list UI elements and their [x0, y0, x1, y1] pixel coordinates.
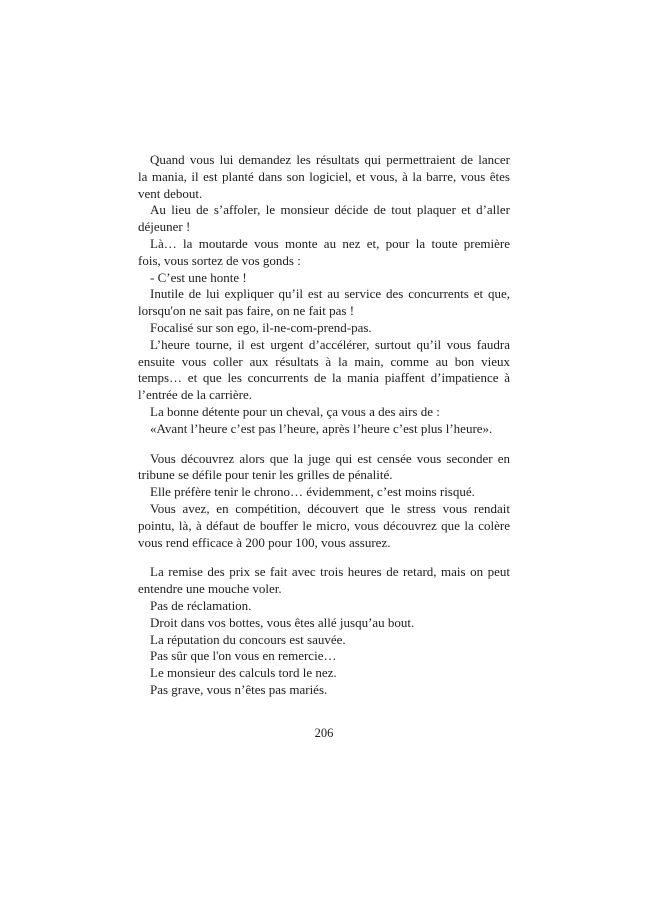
- text-line: ensuite vous coller aux résultats à la m…: [138, 354, 510, 371]
- text-line: Pas sûr que l'on vous en remercie…: [138, 648, 510, 665]
- paragraph: L’heure tourne, il est urgent d’accélére…: [138, 337, 510, 404]
- paragraph: La bonne détente pour un cheval, ça vous…: [138, 404, 510, 421]
- text-line: La réputation du concours est sauvée.: [138, 632, 510, 649]
- text-line: fois, vous sortez de vos gonds :: [138, 253, 510, 270]
- text-line: lorsqu'on ne sait pas faire, on ne fait …: [138, 303, 510, 320]
- text-line: l’entrée de la carrière.: [138, 387, 510, 404]
- text-line: L’heure tourne, il est urgent d’accélére…: [138, 337, 510, 354]
- paragraph: Là… la moutarde vous monte au nez et, po…: [138, 236, 510, 270]
- text-line: vous rend efficace à 200 pour 100, vous …: [138, 535, 510, 552]
- paragraph: Elle préfère tenir le chrono… évidemment…: [138, 484, 510, 501]
- paragraph: Pas sûr que l'on vous en remercie…: [138, 648, 510, 665]
- text-line: temps… et que les concurrents de la mani…: [138, 370, 510, 387]
- paragraph: Pas de réclamation.: [138, 598, 510, 615]
- text-line: déjeuner !: [138, 219, 510, 236]
- paragraph: Le monsieur des calculs tord le nez.: [138, 665, 510, 682]
- text-line: - C’est une honte !: [138, 270, 510, 287]
- paragraph: Droit dans vos bottes, vous êtes allé ju…: [138, 615, 510, 632]
- text-line: Vous découvrez alors que la juge qui est…: [138, 451, 510, 468]
- text-line: vent debout.: [138, 186, 510, 203]
- paragraph: Focalisé sur son ego, il-ne-com-prend-pa…: [138, 320, 510, 337]
- paragraph: Vous avez, en compétition, découvert que…: [138, 501, 510, 551]
- text-line: entendre une mouche voler.: [138, 581, 510, 598]
- text-line: Focalisé sur son ego, il-ne-com-prend-pa…: [138, 320, 510, 337]
- text-line: «Avant l’heure c’est pas l’heure, après …: [138, 421, 510, 438]
- paragraph: - C’est une honte !: [138, 270, 510, 287]
- text-line: La bonne détente pour un cheval, ça vous…: [138, 404, 510, 421]
- page-number: 206: [138, 726, 510, 741]
- text-line: Droit dans vos bottes, vous êtes allé ju…: [138, 615, 510, 632]
- text-line: Inutile de lui expliquer qu’il est au se…: [138, 286, 510, 303]
- book-page: Quand vous lui demandez les résultats qu…: [0, 0, 650, 920]
- text-line: Pas de réclamation.: [138, 598, 510, 615]
- paragraph: La réputation du concours est sauvée.: [138, 632, 510, 649]
- paragraph-break: [138, 438, 510, 451]
- text-line: Pas grave, vous n’êtes pas mariés.: [138, 682, 510, 699]
- text-line: Là… la moutarde vous monte au nez et, po…: [138, 236, 510, 253]
- paragraph-break: [138, 551, 510, 564]
- paragraph: Pas grave, vous n’êtes pas mariés.: [138, 682, 510, 699]
- body-text: Quand vous lui demandez les résultats qu…: [138, 152, 510, 699]
- text-line: Le monsieur des calculs tord le nez.: [138, 665, 510, 682]
- text-line: la mania, il est planté dans son logicie…: [138, 169, 510, 186]
- text-line: Au lieu de s’affoler, le monsieur décide…: [138, 202, 510, 219]
- text-line: Vous avez, en compétition, découvert que…: [138, 501, 510, 518]
- paragraph: Inutile de lui expliquer qu’il est au se…: [138, 286, 510, 320]
- paragraph: Au lieu de s’affoler, le monsieur décide…: [138, 202, 510, 236]
- text-line: pointu, là, à défaut de bouffer le micro…: [138, 518, 510, 535]
- paragraph: La remise des prix se fait avec trois he…: [138, 564, 510, 598]
- text-line: Elle préfère tenir le chrono… évidemment…: [138, 484, 510, 501]
- text-line: Quand vous lui demandez les résultats qu…: [138, 152, 510, 169]
- text-line: La remise des prix se fait avec trois he…: [138, 564, 510, 581]
- paragraph: Quand vous lui demandez les résultats qu…: [138, 152, 510, 202]
- paragraph: «Avant l’heure c’est pas l’heure, après …: [138, 421, 510, 438]
- paragraph: Vous découvrez alors que la juge qui est…: [138, 451, 510, 485]
- text-line: tribune se défile pour tenir les grilles…: [138, 467, 510, 484]
